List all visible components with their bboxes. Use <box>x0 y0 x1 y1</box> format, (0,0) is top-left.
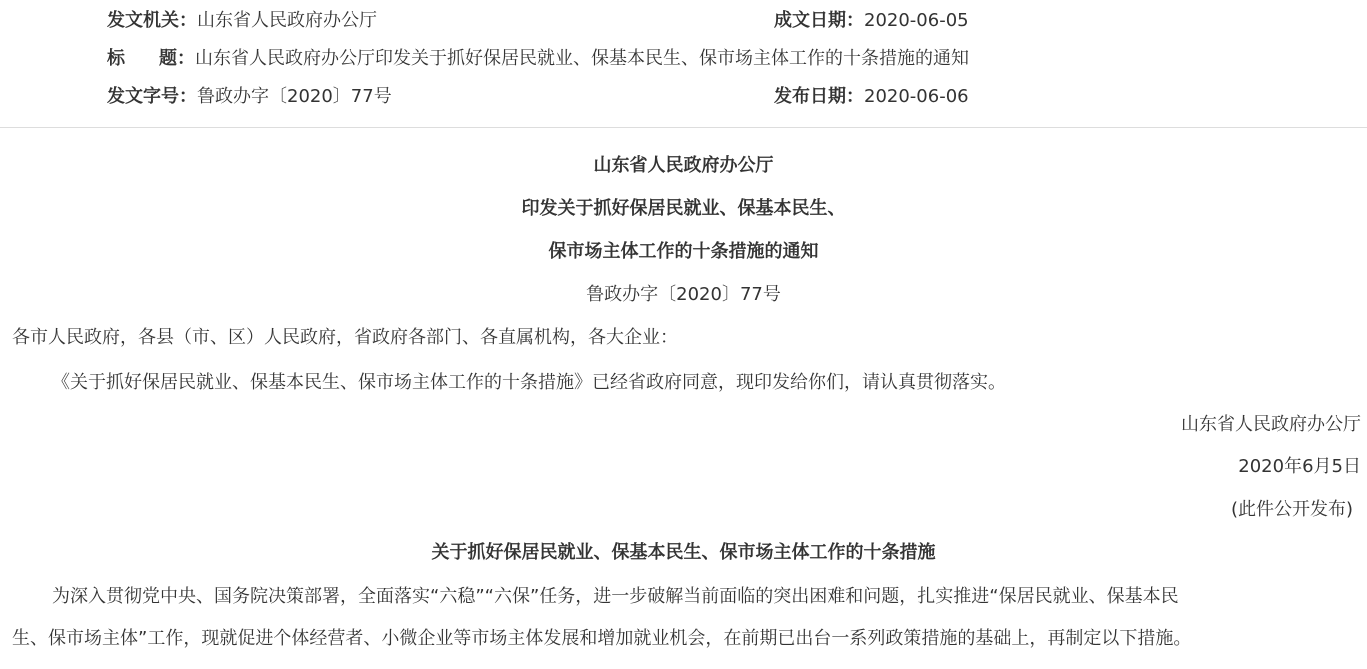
document-heading-line-3: 保市场主体工作的十条措施的通知 <box>0 240 1367 264</box>
issuer-value: 山东省人民政府办公厅 <box>197 10 377 31</box>
title-label-char: 题： <box>159 47 195 71</box>
doc-number-value: 鲁政办字〔2020〕77号 <box>197 86 392 107</box>
addressees: 各市人民政府，各县（市、区）人民政府，省政府各部门、各直属机构，各大企业： <box>12 326 678 350</box>
publish-note: (此件公开发布) <box>1231 498 1353 522</box>
issuer-row: 发文机关：山东省人民政府办公厅 <box>107 9 377 33</box>
doc-number-row: 发文字号：鲁政办字〔2020〕77号 <box>107 85 392 109</box>
issuer-label: 发文机关： <box>107 9 197 33</box>
intro-paragraph-line-1: 为深入贯彻党中央、国务院决策部署，全面落实“六稳”“六保”任务，进一步破解当前面… <box>52 585 1179 609</box>
doc-number-label: 发文字号： <box>107 85 197 109</box>
notice-paragraph: 《关于抓好保居民就业、保基本民生、保市场主体工作的十条措施》已经省政府同意，现印… <box>52 371 1006 395</box>
document-heading-line-1: 山东省人民政府办公厅 <box>0 154 1367 178</box>
measures-title: 关于抓好保居民就业、保基本民生、保市场主体工作的十条措施 <box>0 541 1367 565</box>
title-value: 山东省人民政府办公厅印发关于抓好保居民就业、保基本民生、保市场主体工作的十条措施… <box>195 48 969 69</box>
written-date-label: 成文日期： <box>774 9 864 33</box>
document-number: 鲁政办字〔2020〕77号 <box>0 283 1367 307</box>
document-heading-line-2: 印发关于抓好保居民就业、保基本民生、 <box>0 197 1367 221</box>
title-row: 标题：山东省人民政府办公厅印发关于抓好保居民就业、保基本民生、保市场主体工作的十… <box>107 47 969 71</box>
publish-date-label: 发布日期： <box>774 85 864 109</box>
signature-date: 2020年6月5日 <box>1238 455 1361 479</box>
publish-date-row: 发布日期：2020-06-06 <box>774 85 969 109</box>
publish-date-value: 2020-06-06 <box>864 86 969 107</box>
document-metadata-panel: 发文机关：山东省人民政府办公厅 成文日期：2020-06-05 标题：山东省人民… <box>0 0 1367 128</box>
title-label-char: 标 <box>107 47 125 71</box>
signature-organization: 山东省人民政府办公厅 <box>1181 413 1361 437</box>
title-label: 标题： <box>107 47 195 71</box>
intro-paragraph-line-2: 生、保市场主体”工作，现就促进个体经营者、小微企业等市场主体发展和增加就业机会，… <box>12 627 1191 651</box>
written-date-row: 成文日期：2020-06-05 <box>774 9 969 33</box>
written-date-value: 2020-06-05 <box>864 10 969 31</box>
